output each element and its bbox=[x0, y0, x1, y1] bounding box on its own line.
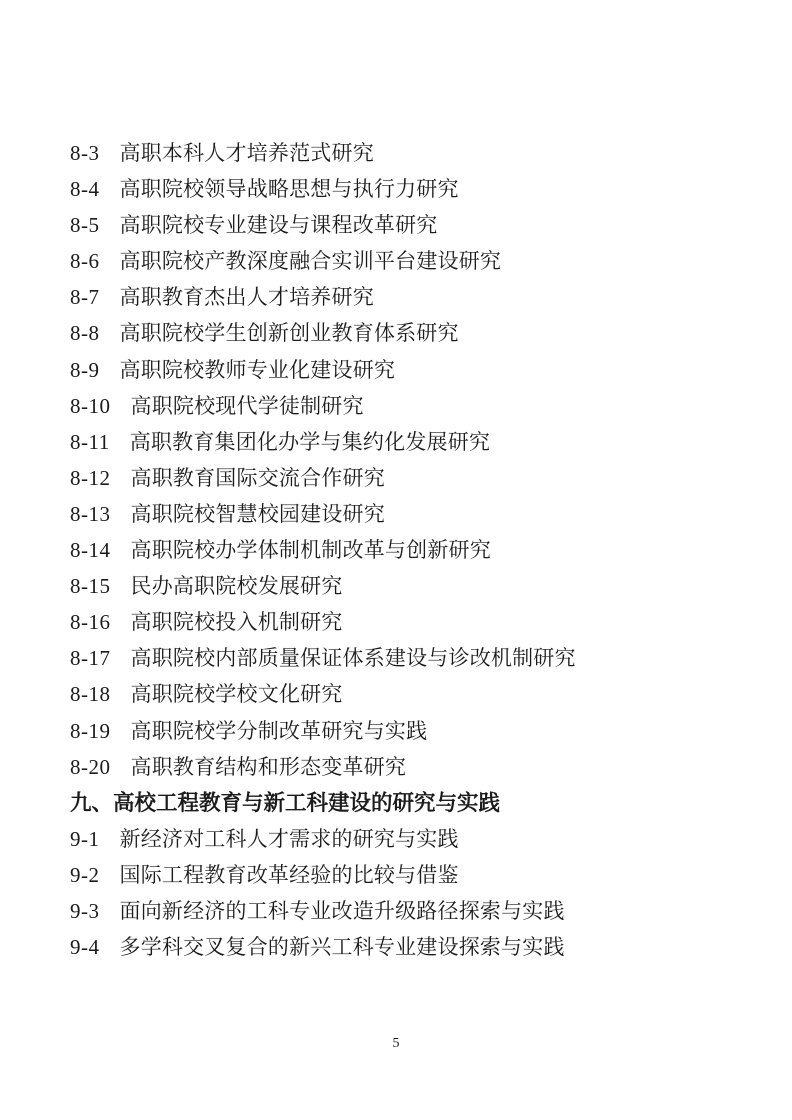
list-item: 8-7高职教育杰出人才培养研究 bbox=[70, 279, 762, 315]
item-number: 8-12 bbox=[70, 460, 111, 496]
item-title: 高职院校学分制改革研究与实践 bbox=[131, 719, 428, 743]
item-title: 民办高职院校发展研究 bbox=[131, 574, 343, 598]
item-title: 高职院校学校文化研究 bbox=[131, 682, 343, 706]
list-item: 8-3高职本科人才培养范式研究 bbox=[70, 135, 762, 171]
list-item: 8-4高职院校领导战略思想与执行力研究 bbox=[70, 171, 762, 207]
item-number: 8-5 bbox=[70, 207, 100, 243]
item-number: 8-20 bbox=[70, 749, 111, 785]
item-title: 高职本科人才培养范式研究 bbox=[120, 141, 374, 165]
item-number: 8-10 bbox=[70, 388, 111, 424]
item-number: 8-3 bbox=[70, 135, 100, 171]
item-number: 8-8 bbox=[70, 315, 100, 351]
topic-list: 8-3高职本科人才培养范式研究 8-4高职院校领导战略思想与执行力研究 8-5高… bbox=[70, 135, 762, 965]
list-item: 8-17高职院校内部质量保证体系建设与诊改机制研究 bbox=[70, 640, 762, 676]
list-item: 8-10高职院校现代学徒制研究 bbox=[70, 388, 762, 424]
item-title: 高职院校现代学徒制研究 bbox=[131, 394, 364, 418]
item-number: 8-13 bbox=[70, 496, 111, 532]
item-title: 高职院校内部质量保证体系建设与诊改机制研究 bbox=[131, 646, 576, 670]
item-number: 9-3 bbox=[70, 893, 100, 929]
section-heading: 九、高校工程教育与新工科建设的研究与实践 bbox=[70, 785, 762, 821]
list-item: 9-2国际工程教育改革经验的比较与借鉴 bbox=[70, 857, 762, 893]
page-number: 5 bbox=[393, 1036, 400, 1051]
item-title: 国际工程教育改革经验的比较与借鉴 bbox=[120, 863, 459, 887]
list-item: 8-11高职教育集团化办学与集约化发展研究 bbox=[70, 424, 762, 460]
item-number: 8-16 bbox=[70, 604, 111, 640]
item-number: 8-4 bbox=[70, 171, 100, 207]
item-title: 高职院校专业建设与课程改革研究 bbox=[120, 213, 438, 237]
item-title: 高职院校办学体制机制改革与创新研究 bbox=[131, 538, 491, 562]
list-item: 8-20高职教育结构和形态变革研究 bbox=[70, 749, 762, 785]
item-title: 高职院校教师专业化建设研究 bbox=[120, 358, 396, 382]
list-item: 9-1新经济对工科人才需求的研究与实践 bbox=[70, 821, 762, 857]
item-title: 高职教育结构和形态变革研究 bbox=[131, 755, 407, 779]
list-item: 8-6高职院校产教深度融合实训平台建设研究 bbox=[70, 243, 762, 279]
list-item: 8-18高职院校学校文化研究 bbox=[70, 676, 762, 712]
item-number: 9-4 bbox=[70, 929, 100, 965]
item-number: 8-6 bbox=[70, 243, 100, 279]
item-title: 新经济对工科人才需求的研究与实践 bbox=[120, 827, 459, 851]
item-number: 8-14 bbox=[70, 532, 111, 568]
list-item: 8-8高职院校学生创新创业教育体系研究 bbox=[70, 315, 762, 351]
item-title: 高职院校投入机制研究 bbox=[131, 610, 343, 634]
item-title: 高职院校领导战略思想与执行力研究 bbox=[120, 177, 459, 201]
item-number: 9-2 bbox=[70, 857, 100, 893]
list-item: 8-14高职院校办学体制机制改革与创新研究 bbox=[70, 532, 762, 568]
item-number: 8-18 bbox=[70, 676, 111, 712]
list-item: 9-4多学科交叉复合的新兴工科专业建设探索与实践 bbox=[70, 929, 762, 965]
list-item: 8-13高职院校智慧校园建设研究 bbox=[70, 496, 762, 532]
list-item: 8-19高职院校学分制改革研究与实践 bbox=[70, 713, 762, 749]
list-item: 9-3面向新经济的工科专业改造升级路径探索与实践 bbox=[70, 893, 762, 929]
item-number: 8-19 bbox=[70, 713, 111, 749]
item-number: 8-11 bbox=[70, 424, 110, 460]
item-number: 8-17 bbox=[70, 640, 111, 676]
item-number: 9-1 bbox=[70, 821, 100, 857]
document-page: 8-3高职本科人才培养范式研究 8-4高职院校领导战略思想与执行力研究 8-5高… bbox=[0, 0, 792, 1120]
list-item: 8-15民办高职院校发展研究 bbox=[70, 568, 762, 604]
item-title: 高职教育国际交流合作研究 bbox=[131, 466, 385, 490]
item-title: 高职院校产教深度融合实训平台建设研究 bbox=[120, 249, 502, 273]
item-title: 高职教育集团化办学与集约化发展研究 bbox=[130, 430, 490, 454]
item-title: 面向新经济的工科专业改造升级路径探索与实践 bbox=[120, 899, 565, 923]
item-title: 高职院校智慧校园建设研究 bbox=[131, 502, 385, 526]
item-number: 8-9 bbox=[70, 352, 100, 388]
item-title: 多学科交叉复合的新兴工科专业建设探索与实践 bbox=[120, 935, 565, 959]
item-title: 高职院校学生创新创业教育体系研究 bbox=[120, 321, 459, 345]
item-number: 8-15 bbox=[70, 568, 111, 604]
list-item: 8-5高职院校专业建设与课程改革研究 bbox=[70, 207, 762, 243]
item-title: 高职教育杰出人才培养研究 bbox=[120, 285, 374, 309]
list-item: 8-12高职教育国际交流合作研究 bbox=[70, 460, 762, 496]
page-footer: 5 bbox=[0, 1036, 792, 1052]
list-item: 8-9高职院校教师专业化建设研究 bbox=[70, 352, 762, 388]
item-number: 8-7 bbox=[70, 279, 100, 315]
list-item: 8-16高职院校投入机制研究 bbox=[70, 604, 762, 640]
